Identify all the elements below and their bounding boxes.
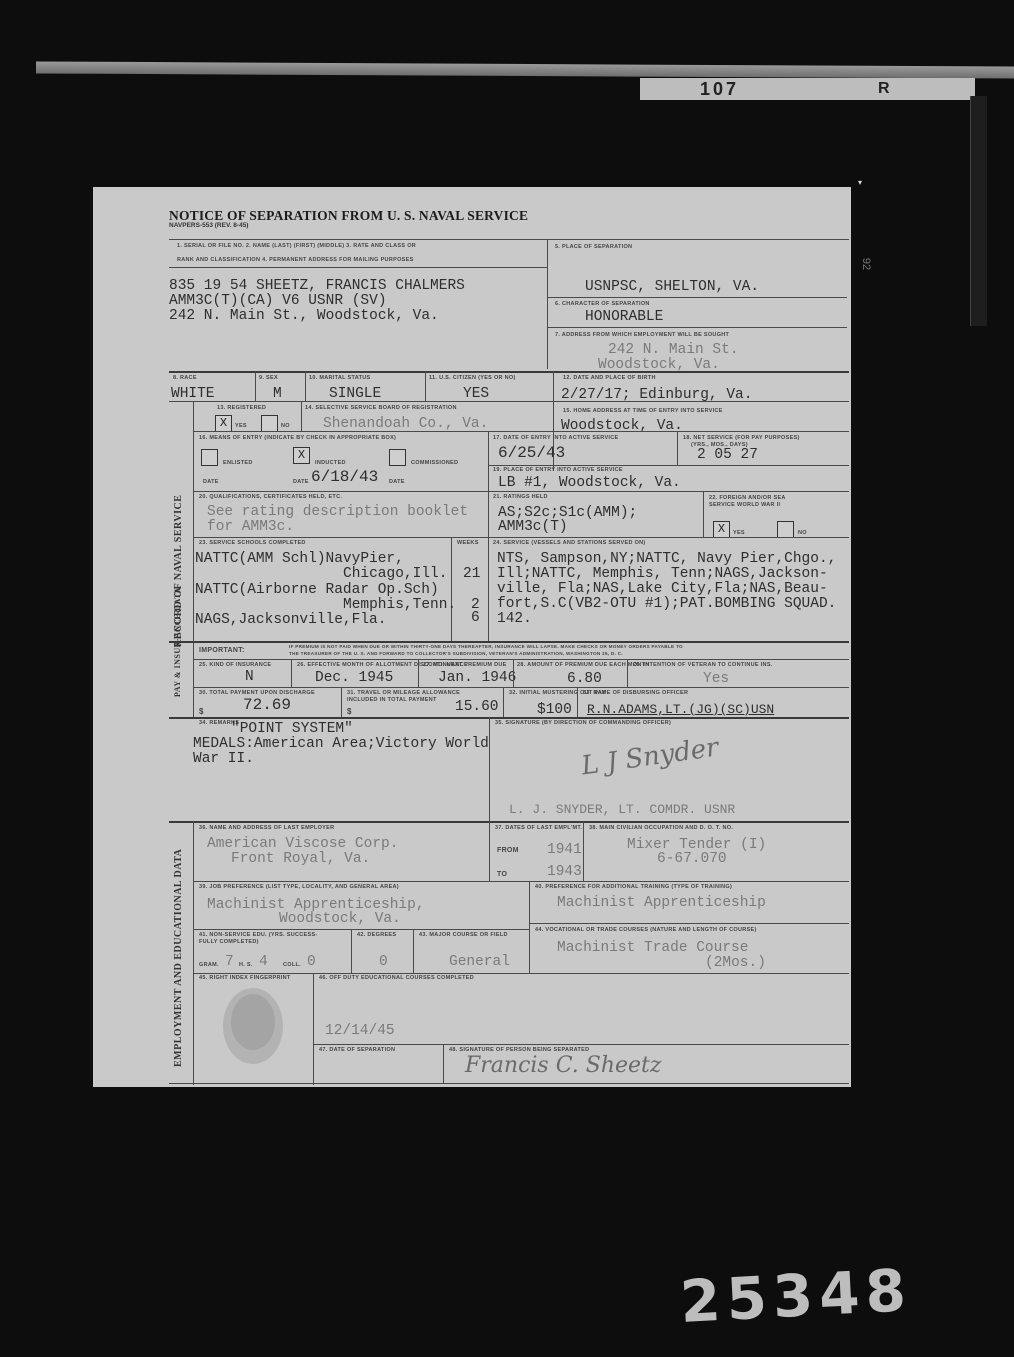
field-label-8: 8. RACE [173, 375, 197, 381]
divider [193, 491, 849, 492]
field-label-43: 43. MAJOR COURSE OR FIELD [419, 932, 508, 938]
registered-no-label: NO [281, 423, 290, 429]
field-label-20: 20. QUALIFICATIONS, CERTIFICATES HELD, E… [199, 494, 342, 500]
field-label-45: 45. RIGHT INDEX FINGERPRINT [199, 975, 291, 981]
trade-course-line1: Machinist Trade Course [557, 940, 748, 956]
commanding-officer-name: L. J. SNYDER, LT. COMDR. USNR [509, 802, 735, 818]
from-label: FROM [497, 847, 519, 854]
field-label-44: 44. VOCATIONAL OR TRADE COURSES (NATURE … [535, 927, 757, 933]
school-row-2-line1: NATTC(Airborne Radar Op.Sch) [195, 582, 439, 598]
weeks-label: WEEKS [457, 540, 479, 546]
selective-service-board-value: Shenandoah Co., Va. [323, 416, 488, 432]
sex-value: M [273, 386, 282, 402]
race-value: WHITE [171, 386, 215, 402]
field-label-31b: INCLUDED IN TOTAL PAYMENT [347, 697, 437, 703]
college-years: 0 [307, 954, 316, 970]
section-label-pay-insurance: PAY & INSUR-ANCE DATA [173, 645, 182, 697]
divider [503, 687, 504, 717]
margin-note: 92 [860, 258, 872, 270]
school-row-3-line1: NAGS,Jacksonville,Fla. [195, 612, 386, 628]
sea-service-yes-checkbox[interactable]: X [713, 521, 730, 538]
total-payment-currency: $ [199, 707, 204, 716]
film-strip-edge [36, 61, 1014, 78]
qualifications-line1: See rating description booklet [207, 504, 468, 520]
grammar-label: GRAM. [199, 962, 219, 968]
divider [169, 371, 849, 373]
divider [169, 821, 849, 823]
field-label-9: 9. SEX [259, 375, 278, 381]
divider [489, 821, 490, 881]
registered-no-checkbox[interactable] [261, 415, 278, 432]
divider [418, 659, 419, 687]
divider [547, 297, 847, 298]
divider [193, 929, 529, 930]
divider [351, 929, 352, 973]
field-label-7: 7. ADDRESS FROM WHICH EMPLOYMENT WILL BE… [555, 332, 729, 338]
ratings-line2: AMM3c(T) [498, 519, 568, 535]
field-label-10: 10. MARITAL STATUS [309, 375, 371, 381]
divider [488, 491, 489, 643]
rate-class-value: AMM3C(T)(CA) V6 USNR (SV) [169, 293, 387, 309]
disbursing-officer-value: R.N.ADAMS,LT.(JG)(SC)USN [587, 702, 774, 718]
field-label-27: 27. MO. NEXT PREMIUM DUE [423, 662, 507, 668]
field-label-41a: 41. NON-SERVICE EDU. (YRS. SUCCESS- [199, 932, 318, 938]
place-of-separation-value: USNPSC, SHELTON, VA. [585, 279, 759, 295]
school-row-2-line2: Memphis,Tenn. [343, 597, 456, 613]
net-service-value: 2 05 27 [697, 447, 758, 463]
sea-service-no-checkbox[interactable] [777, 521, 794, 538]
field-label-42: 42. DEGREES [357, 932, 396, 938]
entry-commissioned-checkbox[interactable] [389, 449, 406, 466]
divider [169, 401, 849, 402]
inducted-date-label: DATE [293, 479, 309, 485]
divider [488, 431, 489, 491]
field-label-31a: 31. TRAVEL OR MILEAGE ALLOWANCE [347, 690, 460, 696]
section-label-employment-education: EMPLOYMENT AND EDUCATIONAL DATA [173, 837, 184, 1067]
divider [513, 659, 514, 687]
qualifications-line2: for AMM3c. [207, 519, 294, 535]
divider [413, 929, 414, 973]
last-employer-line1: American Viscose Corp. [207, 836, 398, 852]
divider [313, 1044, 849, 1045]
divider [577, 687, 578, 717]
field-label-17: 17. DATE OF ENTRY INTO ACTIVE SERVICE [493, 435, 619, 441]
school-row-1-line2: Chicago,Ill. [343, 566, 447, 582]
field-label-39: 39. JOB PREFERENCE (LIST TYPE, LOCALITY,… [199, 884, 399, 890]
travel-allowance-value: 15.60 [455, 699, 499, 715]
field-label-11: 11. U.S. CITIZEN (YES OR NO) [429, 375, 516, 381]
high-school-label: H. S. [239, 962, 253, 968]
field-label-19: 19. PLACE OF ENTRY INTO ACTIVE SERVICE [493, 467, 623, 473]
field-label-14: 14. SELECTIVE SERVICE BOARD OF REGISTRAT… [305, 405, 457, 411]
divider [193, 537, 849, 538]
divider [488, 465, 849, 466]
divider [193, 687, 849, 688]
commanding-officer-signature: L J Snyder [580, 733, 721, 782]
employment-to-value: 1943 [547, 864, 582, 880]
registered-yes-checkbox[interactable]: X [215, 415, 232, 432]
permanent-address-value: 242 N. Main St., Woodstock, Va. [169, 308, 439, 324]
high-school-years: 4 [259, 954, 268, 970]
fingerprint-image [211, 982, 301, 1070]
entry-commissioned-label: COMMISSIONED [411, 460, 458, 466]
remarks-line2: MEDALS:American Area;Victory World [193, 736, 489, 752]
divider [425, 371, 426, 401]
last-employer-line2: Front Royal, Va. [231, 851, 370, 867]
divider [703, 491, 704, 537]
field-label-38: 38. MAIN CIVILIAN OCCUPATION AND D. O. T… [589, 825, 733, 831]
field-label-22b: SERVICE WORLD WAR II [709, 502, 780, 508]
field-label-24: 24. SERVICE (VESSELS AND STATIONS SERVED… [493, 540, 646, 546]
frame-number: 25348 [678, 1256, 913, 1336]
next-premium-due-value: Jan. 1946 [438, 670, 516, 686]
important-text-2: THE TREASURER OF THE U. S. AND FORWARD T… [289, 651, 623, 656]
divider [677, 431, 678, 465]
allotment-discontinuance-value: Dec. 1945 [315, 670, 393, 686]
divider [489, 717, 490, 821]
divider [193, 973, 849, 974]
field-label-29: 29. INTENTION OF VETERAN TO CONTINUE INS… [633, 662, 773, 668]
school-row-3-weeks: 6 [471, 610, 480, 626]
divider [169, 717, 849, 719]
field-label-18: 18. NET SERVICE (FOR PAY PURPOSES) [683, 435, 800, 441]
school-row-1-weeks: 21 [463, 566, 480, 582]
divider [193, 821, 194, 1085]
form-number: NAVPERS-553 (REV. 8-45) [169, 222, 248, 229]
divider [169, 1083, 849, 1084]
employment-address-line1: 242 N. Main St. [608, 342, 739, 358]
employment-from-value: 1941 [547, 842, 582, 858]
field-label-13: 13. REGISTERED [217, 405, 266, 411]
divider [291, 659, 292, 687]
field-label-6: 6. CHARACTER OF SEPARATION [555, 301, 650, 307]
marital-status-value: SINGLE [329, 386, 381, 402]
grammar-years: 7 [225, 954, 234, 970]
field-label-5: 5. PLACE OF SEPARATION [555, 244, 632, 250]
remarks-line1: "POINT SYSTEM" [231, 721, 353, 737]
divider [583, 821, 584, 881]
place-of-entry-value: LB #1, Woodstock, Va. [498, 475, 681, 491]
divider [193, 431, 849, 432]
field-label-3-4: RANK AND CLASSIFICATION 4. PERMANENT ADD… [177, 257, 414, 263]
remarks-line3: War II. [193, 751, 254, 767]
divider [529, 881, 530, 973]
divider [547, 327, 847, 328]
off-duty-courses-date: 12/14/45 [325, 1023, 395, 1039]
field-label-23: 23. SERVICE SCHOOLS COMPLETED [199, 540, 306, 546]
field-label-21: 21. RATINGS HELD [493, 494, 548, 500]
separation-notice-form: NOTICE OF SEPARATION FROM U. S. NAVAL SE… [93, 187, 851, 1087]
field-label-33: 33. NAME OF DISBURSING OFFICER [583, 690, 688, 696]
field-label-41b: FULLY COMPLETED) [199, 939, 259, 945]
serial-name-value: 835 19 54 SHEETZ, FRANCIS CHALMERS [169, 278, 465, 294]
field-label-28: 28. AMOUNT OF PREMIUM DUE EACH MONTH [517, 662, 650, 668]
entry-enlisted-checkbox[interactable] [201, 449, 218, 466]
film-frame-edge [970, 96, 987, 326]
divider [313, 973, 314, 1085]
field-label-22a: 22. FOREIGN AND/OR SEA [709, 495, 786, 501]
school-row-1-line1: NATTC(AMM Schl)NavyPier, [195, 551, 404, 567]
service-line: NTS, Sampson,NY;NATTC, Navy Pier,Chgo., [497, 551, 836, 567]
divider [169, 239, 849, 240]
inducted-date-value: 6/18/43 [311, 469, 378, 485]
college-label: COLL. [283, 962, 301, 968]
to-label: TO [497, 871, 507, 878]
service-line: fort,S.C(VB2-OTU #1);PAT.BOMBING SQUAD. [497, 596, 836, 612]
insurance-kind-value: N [245, 669, 254, 685]
divider [547, 239, 548, 369]
field-label-16: 16. MEANS OF ENTRY (INDICATE BY CHECK IN… [199, 435, 396, 441]
divider [169, 641, 849, 643]
active-service-date-value: 6/25/43 [498, 445, 565, 461]
degrees-value: 0 [379, 954, 388, 970]
service-line: ville, Fla;NAS,Lake City,Fla;NAS,Beau- [497, 581, 828, 597]
field-label-1-3: 1. SERIAL OR FILE NO. 2. NAME (LAST) (FI… [177, 243, 416, 249]
divider [193, 401, 194, 649]
entry-inducted-checkbox[interactable]: X [293, 447, 310, 464]
entry-enlisted-label: ENLISTED [223, 460, 253, 466]
total-payment-value: 72.69 [243, 697, 291, 713]
entry-inducted-label: INDUCTED [315, 460, 346, 466]
divider [301, 401, 302, 431]
divider [529, 923, 849, 924]
field-label-47: 47. DATE OF SEPARATION [319, 1047, 395, 1053]
field-label-15: 15. HOME ADDRESS AT TIME OF ENTRY INTO S… [563, 408, 723, 414]
divider [255, 371, 256, 401]
divider [341, 687, 342, 717]
premium-amount-value: 6.80 [567, 671, 602, 687]
field-label-40: 40. PREFERENCE FOR ADDITIONAL TRAINING (… [535, 884, 732, 890]
trade-course-line2: (2Mos.) [705, 955, 766, 971]
divider [193, 881, 849, 882]
person-separated-signature: Francis C. Sheetz [465, 1053, 661, 1078]
divider [443, 1044, 444, 1084]
registered-yes-label: YES [235, 423, 247, 429]
sea-service-yes-label: YES [733, 530, 745, 536]
important-label: IMPORTANT: [199, 647, 245, 654]
training-preference-value: Machinist Apprenticeship [557, 895, 766, 911]
field-label-46: 46. OFF DUTY EDUCATIONAL COURSES COMPLET… [319, 975, 474, 981]
field-label-12: 12. DATE AND PLACE OF BIRTH [563, 375, 656, 381]
dot-number-value: 6-67.070 [657, 851, 727, 867]
sea-service-no-label: NO [798, 530, 807, 536]
major-course-value: General [449, 954, 510, 970]
divider [451, 537, 452, 642]
character-of-separation-value: HONORABLE [585, 309, 663, 325]
service-line: 142. [497, 611, 532, 627]
commissioned-date-label: DATE [389, 479, 405, 485]
divider [305, 371, 306, 401]
mustering-out-pay-value: $100 [537, 702, 572, 718]
dust-speck: ▾ [858, 178, 862, 187]
divider [627, 659, 628, 687]
important-text-1: IF PREMIUM IS NOT PAID WHEN DUE OR WITHI… [289, 644, 683, 649]
service-line: Ill;NATTC, Memphis, Tenn;NAGS,Jackson- [497, 566, 828, 582]
travel-allowance-currency: $ [347, 707, 352, 716]
continue-insurance-value: Yes [703, 671, 729, 687]
divider [193, 641, 194, 717]
field-label-36: 36. NAME AND ADDRESS OF LAST EMPLOYER [199, 825, 334, 831]
us-citizen-value: YES [463, 386, 489, 402]
job-preference-line2: Woodstock, Va. [279, 911, 401, 927]
divider [169, 267, 547, 268]
enlisted-date-label: DATE [203, 479, 219, 485]
film-tab-letter: R [878, 78, 978, 100]
field-label-35: 35. SIGNATURE (BY DIRECTION OF COMMANDIN… [495, 720, 671, 726]
field-label-25: 25. KIND OF INSURANCE [199, 662, 271, 668]
field-label-37: 37. DATES OF LAST EMPL'MT. [495, 825, 582, 831]
